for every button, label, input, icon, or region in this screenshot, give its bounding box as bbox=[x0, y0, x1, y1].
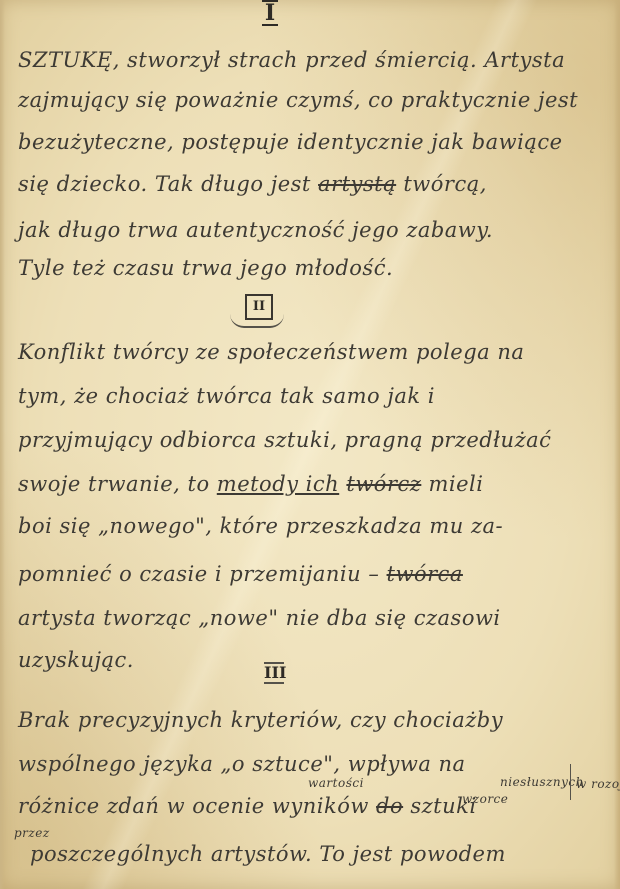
underlined-text: metody ich bbox=[217, 472, 339, 496]
text-line: jak długo trwa autentyczność jego zabawy… bbox=[18, 218, 493, 242]
margin-note: w rozoj bbox=[576, 777, 620, 791]
text-line: artysta tworząc „nowe" nie dba się czaso… bbox=[18, 606, 501, 630]
text-line: poszczególnych artystów. To jest powodem bbox=[30, 842, 506, 866]
text-fragment: wspólnego języka „o sztuce", wpływa na bbox=[18, 752, 466, 776]
text-line: się dziecko. Tak długo jest artystą twór… bbox=[18, 172, 487, 196]
section-mark-2-banner bbox=[230, 314, 284, 328]
paper-edge-right bbox=[614, 0, 620, 889]
insertion-bracket bbox=[570, 764, 571, 800]
paper-edge-left bbox=[0, 0, 5, 889]
text-line: zajmujący się poważnie czymś, co praktyc… bbox=[18, 88, 578, 112]
section-mark-3: III bbox=[264, 662, 284, 684]
struck-word: twórcz bbox=[346, 472, 421, 496]
text-line: wspólnego języka „o sztuce", wpływa na bbox=[18, 752, 466, 776]
text-line: różnice zdań w ocenie wyników do sztuki bbox=[18, 794, 477, 818]
text-line: pomnieć o czasie i przemijaniu – twórca bbox=[18, 562, 463, 586]
text-line: Tyle też czasu trwa jego młodość. bbox=[18, 256, 393, 280]
text-fragment: mieli bbox=[429, 472, 484, 496]
text-fragment: różnice zdań w ocenie bbox=[18, 794, 265, 818]
section-mark-2: II bbox=[228, 290, 286, 328]
struck-word: artystą bbox=[318, 172, 396, 196]
margin-insert: przez bbox=[14, 826, 50, 840]
text-fragment: twórcą, bbox=[403, 172, 487, 196]
struck-word: twórca bbox=[387, 562, 463, 586]
text-fragment: wyników bbox=[272, 794, 369, 818]
struck-word: do bbox=[376, 794, 403, 818]
text-line: Konflikt twórcy ze społeczeństwem polega… bbox=[18, 340, 524, 364]
text-line: Brak precyzyjnych kryteriów, czy chociaż… bbox=[18, 708, 503, 732]
text-line: bezużyteczne, postępuje identycznie jak … bbox=[18, 130, 563, 154]
text-line: SZTUKĘ, stworzył strach przed śmiercią. … bbox=[18, 48, 565, 72]
inserted-word: wzorce bbox=[462, 792, 508, 806]
text-fragment: swoje trwanie, to bbox=[18, 472, 210, 496]
text-fragment: pomnieć o czasie i przemijaniu – bbox=[18, 562, 379, 586]
text-fragment: się dziecko. Tak długo jest bbox=[18, 172, 311, 196]
text-line: boi się „nowego", które przeszkadza mu z… bbox=[18, 514, 503, 538]
inserted-word-above: wartości bbox=[308, 776, 364, 790]
text-line: przyjmujący odbiorca sztuki, pragną prze… bbox=[18, 428, 551, 452]
text-line: uzyskując. bbox=[18, 648, 134, 672]
manuscript-page: I SZTUKĘ, stworzył strach przed śmiercią… bbox=[0, 0, 620, 889]
section-mark-1: I bbox=[262, 0, 278, 26]
inserted-word: niesłusznych bbox=[500, 775, 584, 789]
text-line: tym, że chociaż twórca tak samo jak i bbox=[18, 384, 435, 408]
text-line: swoje trwanie, to metody ich twórcz miel… bbox=[18, 472, 484, 496]
